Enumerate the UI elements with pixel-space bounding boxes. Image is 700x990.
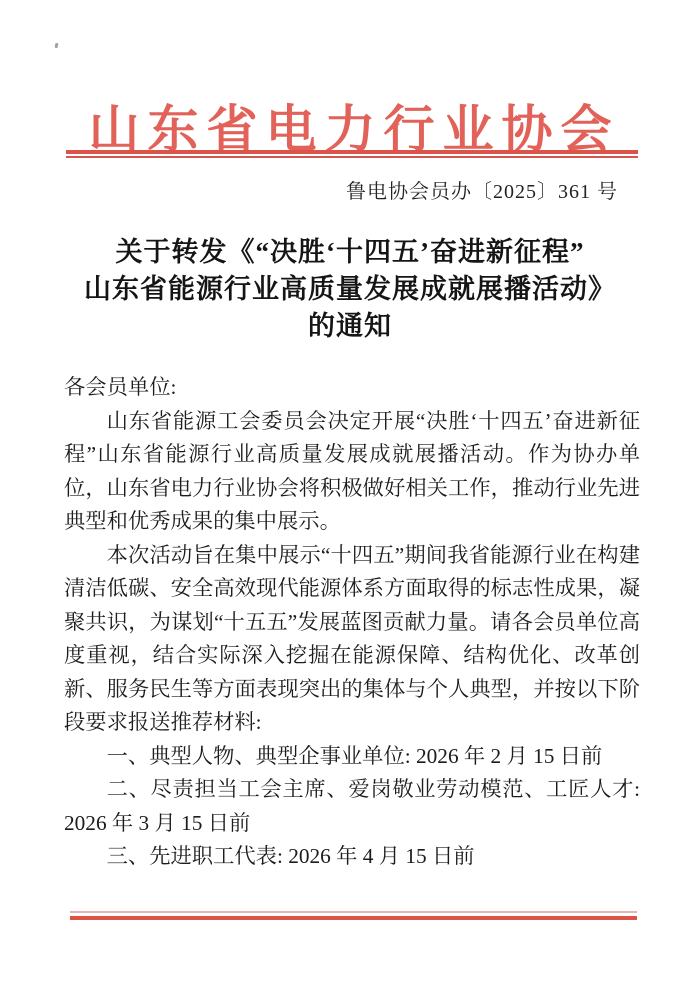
salutation: 各会员单位: <box>64 371 640 405</box>
deadline-item-1: 一、典型人物、典型企事业单位: 2026 年 2 月 15 日前 <box>64 740 640 774</box>
notice-title: 关于转发《“决胜‘十四五’奋进新征程” 山东省能源行业高质量发展成就展播活动》 … <box>0 234 700 345</box>
notice-title-line-3: 的通知 <box>0 308 700 345</box>
header-red-rule <box>66 150 638 158</box>
body-paragraph-1: 山东省能源工会委员会决定开展“决胜‘十四五’奋进新征程”山东省能源行业高质量发展… <box>64 405 640 539</box>
scan-artifact-speck <box>54 43 58 49</box>
body-paragraph-2: 本次活动旨在集中展示“十四五”期间我省能源行业在构建清洁低碳、安全高效现代能源体… <box>64 539 640 740</box>
scanned-notice-page: 山东省电力行业协会 鲁电协会员办〔2025〕361 号 关于转发《“决胜‘十四五… <box>0 0 700 990</box>
footer-red-rule-thick <box>70 916 637 920</box>
header-red-rule-thin <box>66 156 638 158</box>
notice-title-line-2: 山东省能源行业高质量发展成就展播活动》 <box>0 271 700 308</box>
notice-title-line-1: 关于转发《“决胜‘十四五’奋进新征程” <box>0 234 700 271</box>
notice-body: 各会员单位: 山东省能源工会委员会决定开展“决胜‘十四五’奋进新征程”山东省能源… <box>64 371 640 874</box>
deadline-item-3: 三、先进职工代表: 2026 年 4 月 15 日前 <box>64 840 640 874</box>
footer-red-rule <box>70 911 637 920</box>
deadline-item-2: 二、尽责担当工会主席、爱岗敬业劳动模范、工匠人才: 2026 年 3 月 15 … <box>64 773 640 840</box>
document-number: 鲁电协会员办〔2025〕361 号 <box>346 175 618 204</box>
